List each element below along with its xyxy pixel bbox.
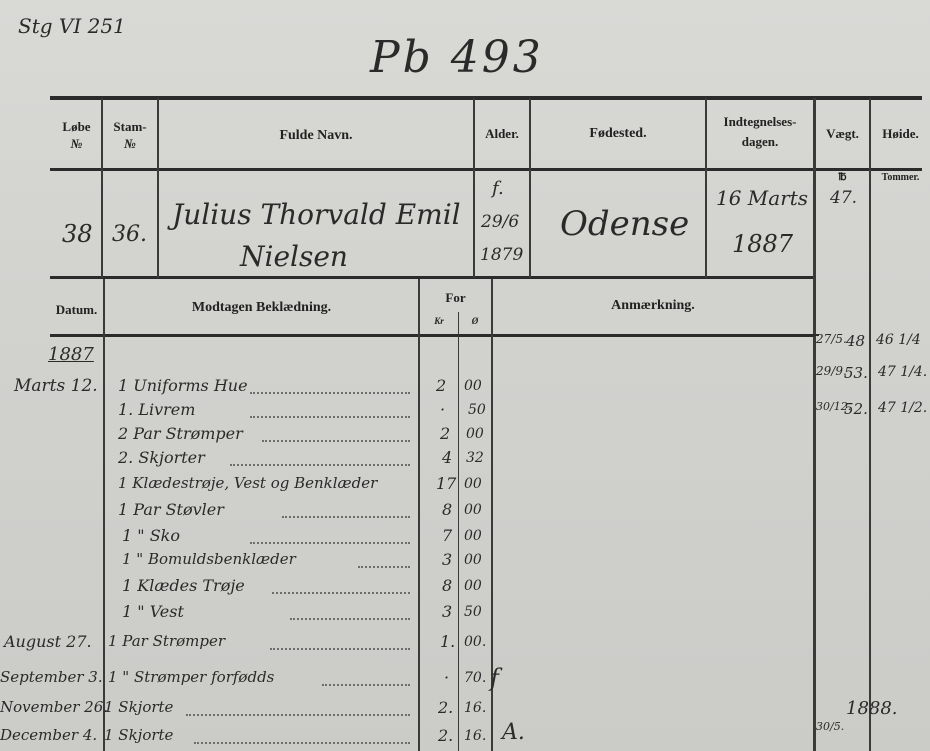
row-kr: 3 <box>442 602 452 621</box>
col-indtegnelse-header: Indtegnelses- dagen. <box>707 112 813 152</box>
archive-reference: Stg VI 251 <box>18 14 126 38</box>
row-kr: 1. <box>440 632 455 651</box>
divider <box>813 98 816 751</box>
row-item: 1 Klædestrøje, Vest og Benklæder <box>118 474 377 492</box>
row-item: 1 Uniforms Hue <box>118 376 248 395</box>
header-bottom-rule <box>50 276 814 279</box>
leader-dots <box>290 618 410 620</box>
row-date: August 27. <box>4 632 92 651</box>
divider <box>418 279 420 751</box>
row-ore: 50 <box>464 604 482 620</box>
col-vaegt-header: Vægt. <box>816 126 869 142</box>
col-alder-header: Alder. <box>475 126 529 142</box>
row-item: 1 Klædes Trøje <box>122 576 245 595</box>
row-item: 1 Par Strømper <box>108 632 225 650</box>
row-ore: 16. <box>464 700 486 716</box>
row-kr: 8 <box>442 500 452 519</box>
row-date: November 26. <box>0 698 108 716</box>
stam-number: 36. <box>112 222 147 247</box>
row-ore: 00 <box>466 426 484 442</box>
row-date: September 3. <box>0 668 103 686</box>
header-top-rule <box>50 96 922 100</box>
leader-dots <box>272 592 410 594</box>
full-name-line1: Julius Thorvald Emil <box>172 198 461 231</box>
remark-mark-2: A. <box>502 720 525 745</box>
row-ore: 00 <box>464 378 482 394</box>
col-navn-header: Fulde Navn. <box>159 128 473 144</box>
row-kr: 17 <box>436 474 456 493</box>
row-kr: 7 <box>442 526 452 545</box>
divider <box>103 279 105 751</box>
leader-dots <box>250 542 410 544</box>
row-ore: 00 <box>464 552 482 568</box>
row-ore: 32 <box>466 450 484 466</box>
col-hoide-header: Høide. <box>871 126 930 142</box>
row-kr: · <box>444 668 449 687</box>
measure-date: 27/5. <box>816 332 847 346</box>
row-ore: 00 <box>464 476 482 492</box>
col-lobe-header: Løbe № <box>52 118 101 152</box>
divider <box>157 98 159 278</box>
page-reference: Pb 493 <box>370 32 544 83</box>
enrollment-year: 1887 <box>732 230 793 258</box>
clothing-bottom-rule <box>50 334 814 337</box>
row-kr: 8 <box>442 576 452 595</box>
row-kr: 2. <box>438 726 453 745</box>
divider <box>869 98 871 751</box>
measure-weight: 53. <box>844 364 868 382</box>
year-heading: 1887 <box>48 344 94 365</box>
measure-height: 47 1/4. <box>878 364 927 380</box>
measure-height: 46 1/4 <box>876 332 921 348</box>
header-mid-rule <box>50 168 922 171</box>
birthplace: Odense <box>560 204 689 244</box>
unit-vaegt: ℔ <box>816 172 869 183</box>
leader-dots <box>230 464 410 466</box>
measure-weight: 48 <box>846 332 865 350</box>
divider <box>473 98 475 278</box>
leader-dots <box>270 648 410 650</box>
row-kr: 2 <box>436 376 446 395</box>
col-stam-label: Stam- <box>103 118 157 135</box>
row-date: Marts 12. <box>14 376 98 396</box>
row-item: 1 Par Støvler <box>118 500 224 519</box>
row-kr: 2. <box>438 698 453 717</box>
divider <box>458 312 459 751</box>
leader-dots <box>282 516 410 518</box>
row-kr: · <box>440 400 445 419</box>
row-kr: 4 <box>442 448 452 467</box>
leader-dots <box>262 440 410 442</box>
row-item: 1 Skjorte <box>104 698 173 716</box>
divider <box>529 98 531 278</box>
row-ore: 00 <box>464 578 482 594</box>
row-ore: 00 <box>464 528 482 544</box>
year-note: 1888. <box>846 698 898 719</box>
measure-height: 47 1/2. <box>878 400 927 416</box>
leader-dots <box>250 392 410 394</box>
remark-mark-1: f <box>490 664 499 692</box>
ledger-page: Stg VI 251 Pb 493 Løbe № Stam- № Fulde N… <box>0 0 930 751</box>
col-indtegnelse-line1: Indtegnelses- <box>707 112 813 132</box>
row-item: 1 Skjorte <box>104 726 173 744</box>
row-item: 2. Skjorter <box>118 448 205 467</box>
unit-hoide: Tommer. <box>871 172 930 183</box>
row-ore: 70. <box>464 670 486 686</box>
measure-date: 30/5. <box>816 720 844 733</box>
row-date: December 4. <box>0 726 97 744</box>
row-ore: 50 <box>468 402 486 418</box>
col-for-header: For <box>420 290 491 306</box>
leader-dots <box>322 684 410 686</box>
row-kr: 2 <box>440 424 450 443</box>
col-anmaerkning-header: Anmærkning. <box>493 298 813 314</box>
row-ore: 16. <box>464 728 486 744</box>
row-item: 1 " Sko <box>122 526 180 545</box>
row-item: 1. Livrem <box>118 400 195 419</box>
leader-dots <box>358 566 410 568</box>
leader-dots <box>194 742 410 744</box>
row-kr: 3 <box>442 550 452 569</box>
col-ore-header: Ø <box>459 316 491 326</box>
row-ore: 00 <box>464 502 482 518</box>
age-year: 1879 <box>480 245 523 265</box>
measure-weight: 52. <box>844 400 868 418</box>
row-item: 2 Par Strømper <box>118 424 243 443</box>
age-born: f. <box>492 178 504 199</box>
col-fodested-header: Fødested. <box>531 126 705 142</box>
col-datum-header: Datum. <box>50 302 103 318</box>
lobe-number: 38 <box>62 220 93 248</box>
enrollment-date: 16 Marts <box>716 186 808 210</box>
leader-dots <box>186 714 410 716</box>
col-indtegnelse-line2: dagen. <box>707 132 813 152</box>
row-ore: 00. <box>464 634 486 650</box>
leader-dots <box>250 416 410 418</box>
full-name-line2: Nielsen <box>240 240 348 273</box>
col-modtagen-header: Modtagen Beklædning. <box>105 300 418 316</box>
col-kr-header: Kr <box>420 316 458 326</box>
row-item: 1 " Strømper forfødds <box>108 668 274 686</box>
initial-weight: 47. <box>830 188 857 208</box>
age-date: 29/6 <box>481 212 519 232</box>
row-item: 1 " Vest <box>122 602 184 621</box>
col-stam-number-sign: № <box>103 135 157 152</box>
col-stam-header: Stam- № <box>103 118 157 152</box>
col-lobe-number-sign: № <box>52 135 101 152</box>
measure-date: 29/9. <box>816 364 847 378</box>
row-item: 1 " Bomuldsbenklæder <box>122 550 296 568</box>
col-lobe-label: Løbe <box>52 118 101 135</box>
